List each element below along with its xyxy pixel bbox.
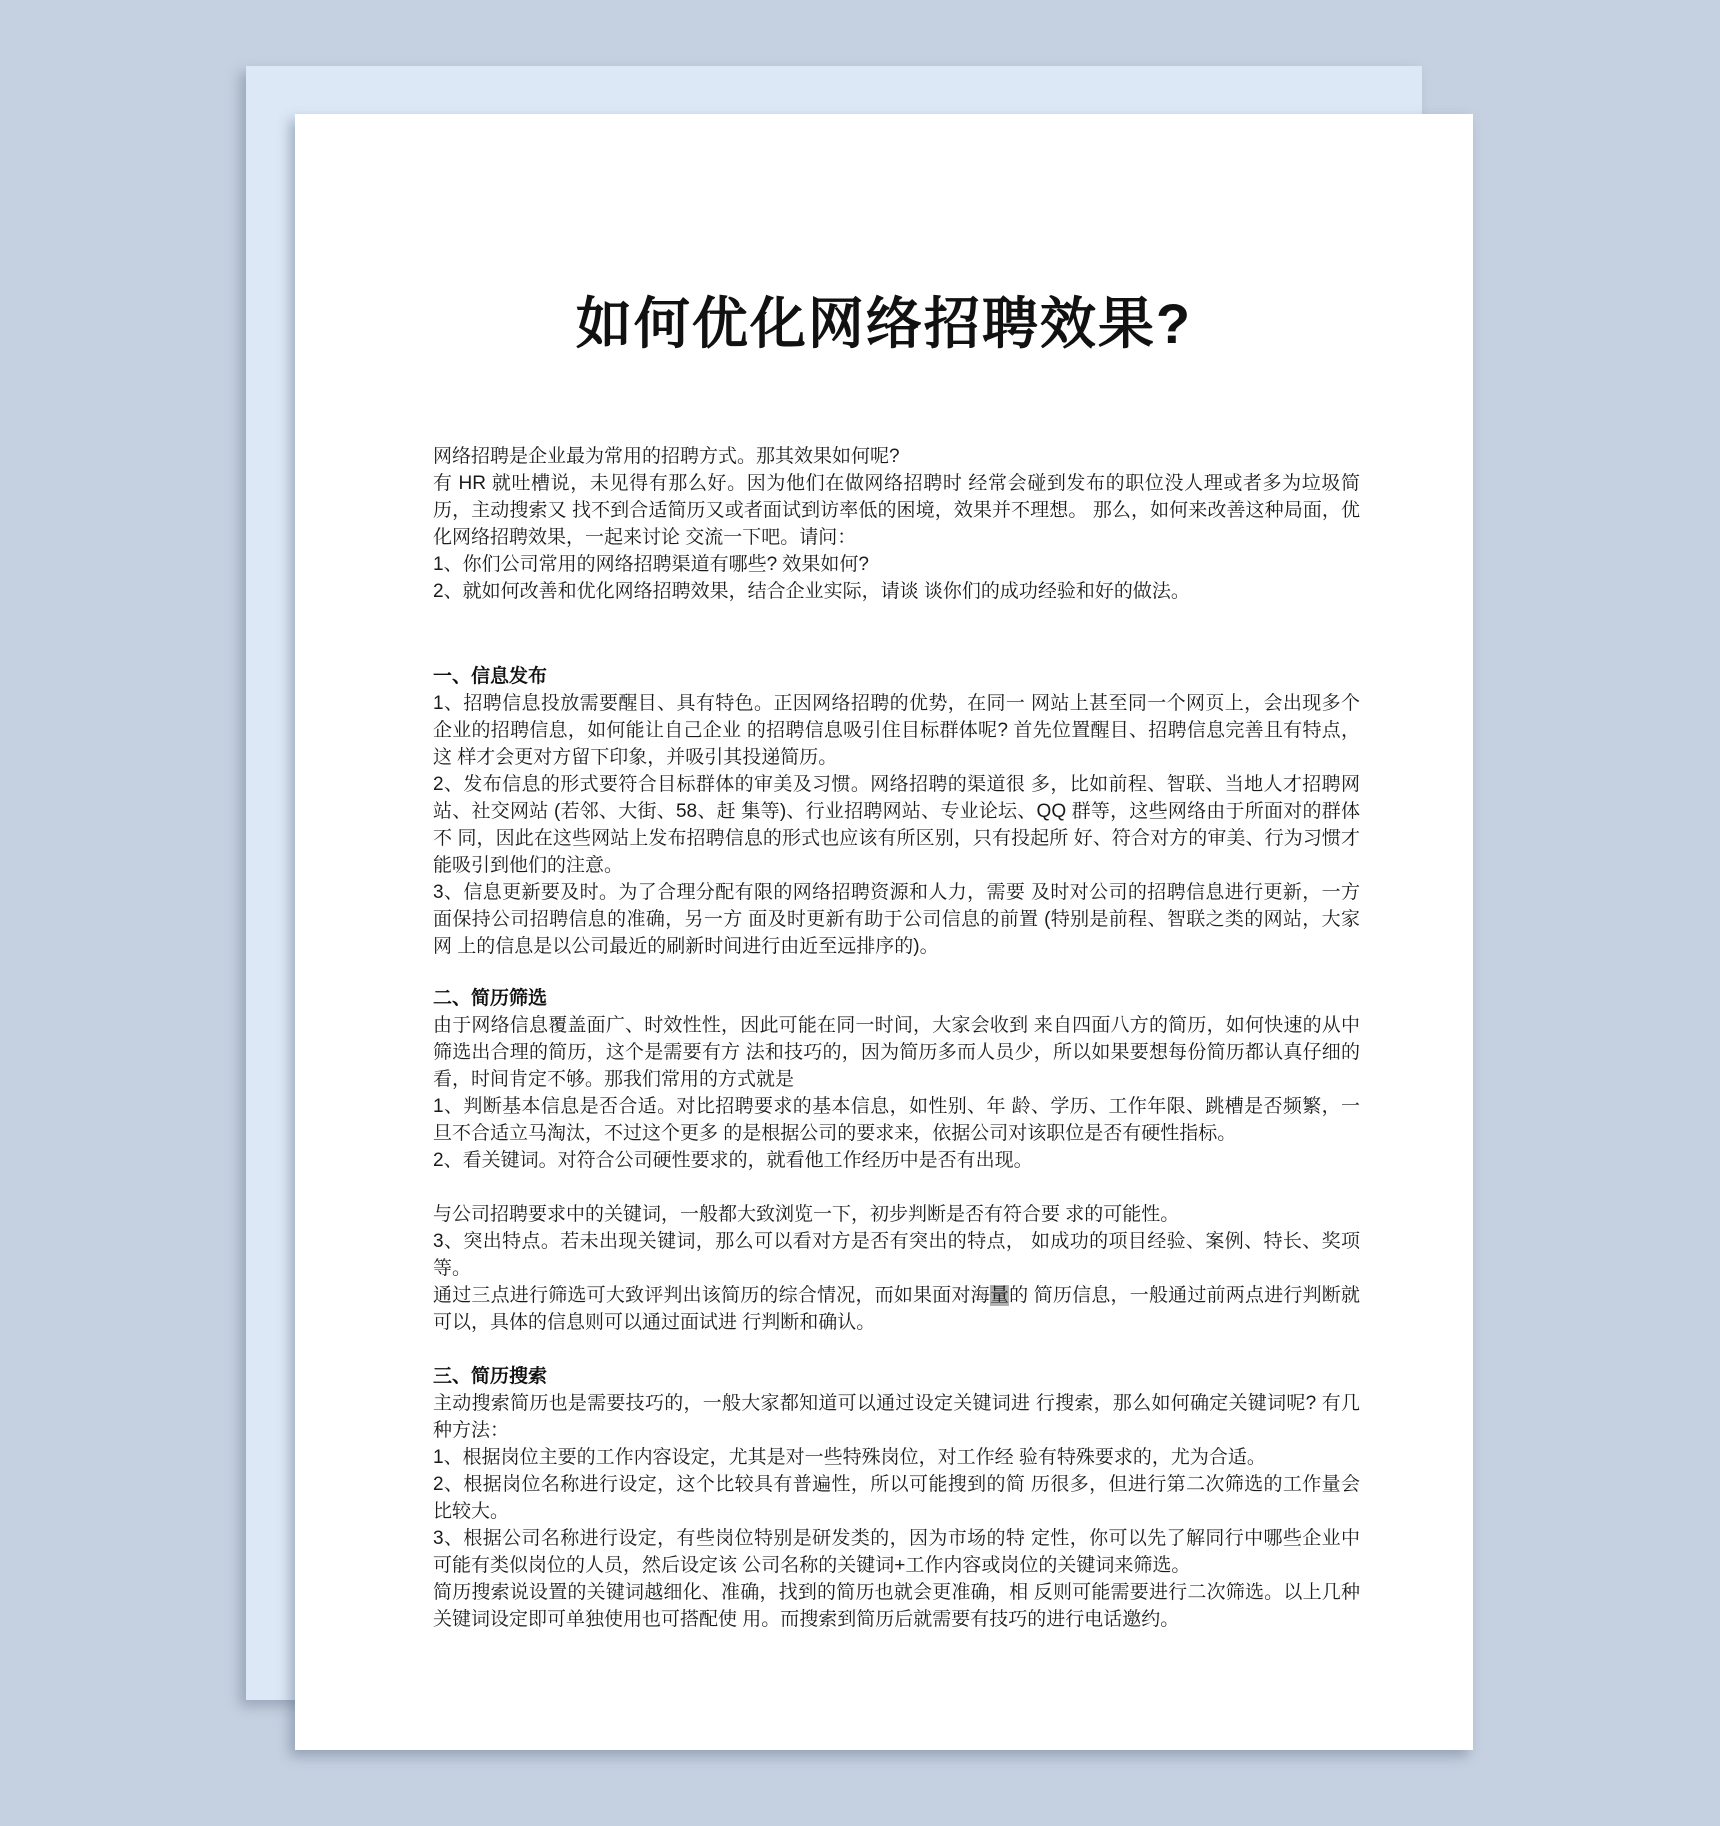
document-page: 如何优化网络招聘效果? 网络招聘是企业最为常用的招聘方式。那其效果如何呢? 有 … bbox=[295, 114, 1473, 1750]
body-paragraph: 通过三点进行筛选可大致评判出该简历的综合情况，而如果面对海量的 简历信息，一般通… bbox=[433, 1282, 1360, 1336]
intro-paragraph: 网络招聘是企业最为常用的招聘方式。那其效果如何呢? bbox=[433, 443, 1360, 470]
intro-paragraph: 有 HR 就吐槽说，未见得有那么好。因为他们在做网络招聘时 经常会碰到发布的职位… bbox=[433, 470, 1360, 551]
body-paragraph: 主动搜索简历也是需要技巧的，一般大家都知道可以通过设定关键词进 行搜索，那么如何… bbox=[433, 1390, 1360, 1444]
body-paragraph: 2、根据岗位名称进行设定，这个比较具有普遍性，所以可能搜到的简 历很多，但进行第… bbox=[433, 1471, 1360, 1525]
body-paragraph: 3、信息更新要及时。为了合理分配有限的网络招聘资源和人力，需要 及时对公司的招聘… bbox=[433, 879, 1360, 960]
document-background: { "document": { "title": "如何优化网络招聘效果?", … bbox=[0, 0, 1720, 1826]
body-paragraph: 2、发布信息的形式要符合目标群体的审美及习惯。网络招聘的渠道很 多，比如前程、智… bbox=[433, 771, 1360, 879]
section-heading-resume-screening: 二、简历筛选 bbox=[433, 985, 1360, 1012]
body-paragraph: 简历搜索说设置的关键词越细化、准确，找到的简历也就会更准确，相 反则可能需要进行… bbox=[433, 1579, 1360, 1633]
body-paragraph: 1、判断基本信息是否合适。对比招聘要求的基本信息，如性别、年 龄、学历、工作年限… bbox=[433, 1093, 1360, 1147]
body-paragraph: 1、根据岗位主要的工作内容设定，尤其是对一些特殊岗位，对工作经 验有特殊要求的，… bbox=[433, 1444, 1360, 1471]
paragraph-text: 通过三点进行筛选可大致评判出该简历的综合情况，而如果面对海 bbox=[433, 1285, 990, 1306]
body-paragraph: 3、突出特点。若未出现关键词，那么可以看对方是否有突出的特点， 如成功的项目经验… bbox=[433, 1228, 1360, 1282]
body-paragraph: 与公司招聘要求中的关键词，一般都大致浏览一下，初步判断是否有符合要 求的可能性。 bbox=[433, 1201, 1360, 1228]
body-paragraph: 2、看关键词。对符合公司硬性要求的，就看他工作经历中是否有出现。 bbox=[433, 1147, 1360, 1174]
document-title: 如何优化网络招聘效果? bbox=[295, 295, 1473, 353]
body-paragraph: 3、根据公司名称进行设定，有些岗位特别是研发类的，因为市场的特 定性，你可以先了… bbox=[433, 1525, 1360, 1579]
highlighted-text: 量 bbox=[990, 1285, 1009, 1306]
body-paragraph: 由于网络信息覆盖面广、时效性性，因此可能在同一时间，大家会收到 来自四面八方的简… bbox=[433, 1012, 1360, 1093]
body-paragraph: 1、招聘信息投放需要醒目、具有特色。正因网络招聘的优势，在同一 网站上甚至同一个… bbox=[433, 690, 1360, 771]
intro-question-1: 1、你们公司常用的网络招聘渠道有哪些? 效果如何? bbox=[433, 551, 1360, 578]
section-heading-information-publishing: 一、信息发布 bbox=[433, 663, 1360, 690]
section-heading-resume-search: 三、简历搜索 bbox=[433, 1363, 1360, 1390]
document-body: 网络招聘是企业最为常用的招聘方式。那其效果如何呢? 有 HR 就吐槽说，未见得有… bbox=[433, 443, 1360, 1633]
intro-question-2: 2、就如何改善和优化网络招聘效果，结合企业实际，请谈 谈你们的成功经验和好的做法… bbox=[433, 578, 1360, 605]
